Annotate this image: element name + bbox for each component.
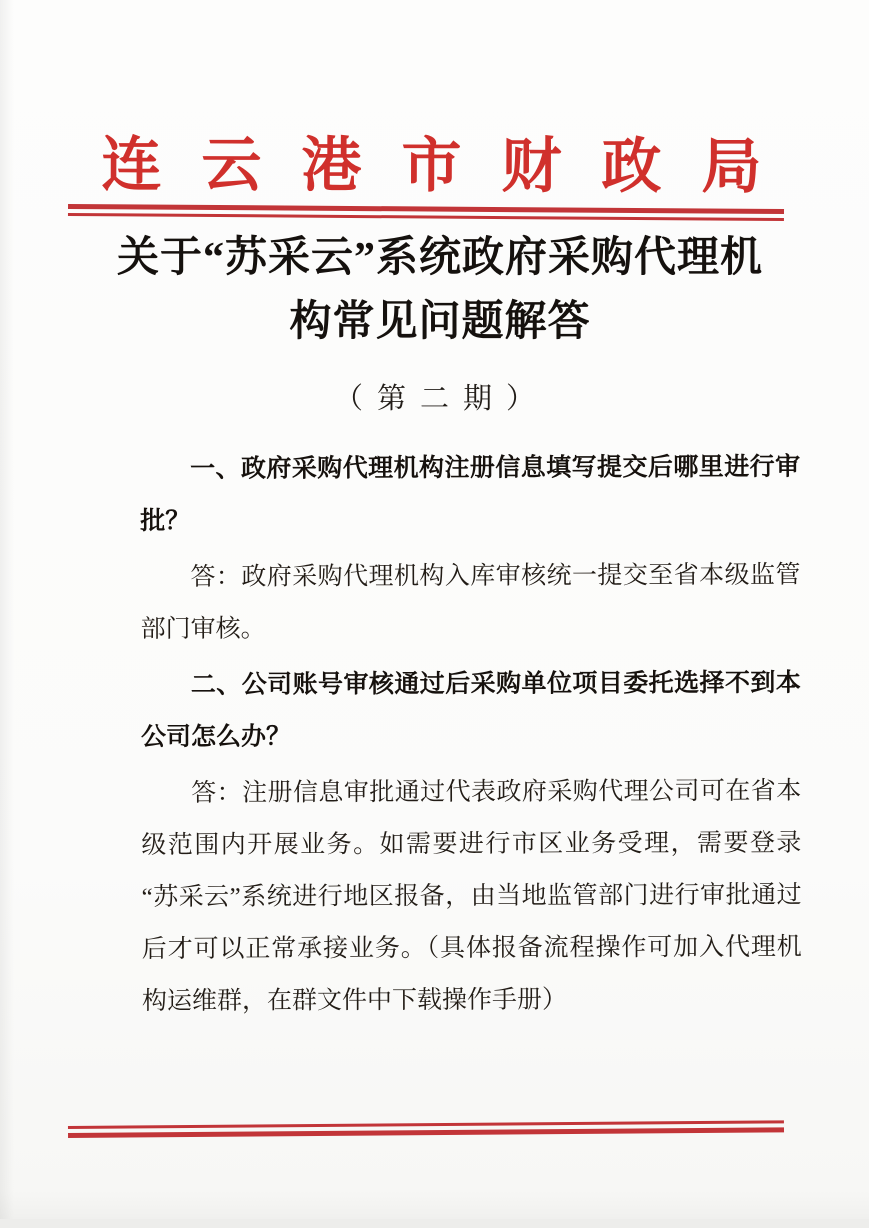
footer-double-rule xyxy=(68,1120,784,1138)
question-1: 一、政府采购代理机构注册信息填写提交后哪里进行审批？ xyxy=(140,442,800,548)
answer-1: 答：政府采购代理机构入库审核统一提交至省本级监管部门审核。 xyxy=(140,550,800,656)
agency-header-title: 连云港市财政局 xyxy=(0,116,869,205)
document-title-line2: 构常见问题解答 xyxy=(60,290,820,354)
document-title: 关于“苏采云”系统政府采购代理机 构常见问题解答 xyxy=(60,226,820,354)
document-title-line1: 关于“苏采云”系统政府采购代理机 xyxy=(60,226,820,290)
document-body: 一、政府采购代理机构注册信息填写提交后哪里进行审批？ 答：政府采购代理机构入库审… xyxy=(140,442,802,1032)
answer-2: 答：注册信息审批通过代表政府采购代理公司可在省本级范围内开展业务。如需要进行市区… xyxy=(141,766,802,1028)
question-2: 二、公司账号审核通过后采购单位项目委托选择不到本公司怎么办？ xyxy=(141,658,801,764)
scan-edge-shadow xyxy=(0,1219,869,1228)
scanned-document-page: 连云港市财政局 关于“苏采云”系统政府采购代理机 构常见问题解答 （第二期） 一… xyxy=(0,0,869,1228)
header-double-rule xyxy=(68,204,784,221)
issue-label: （第二期） xyxy=(0,376,869,417)
